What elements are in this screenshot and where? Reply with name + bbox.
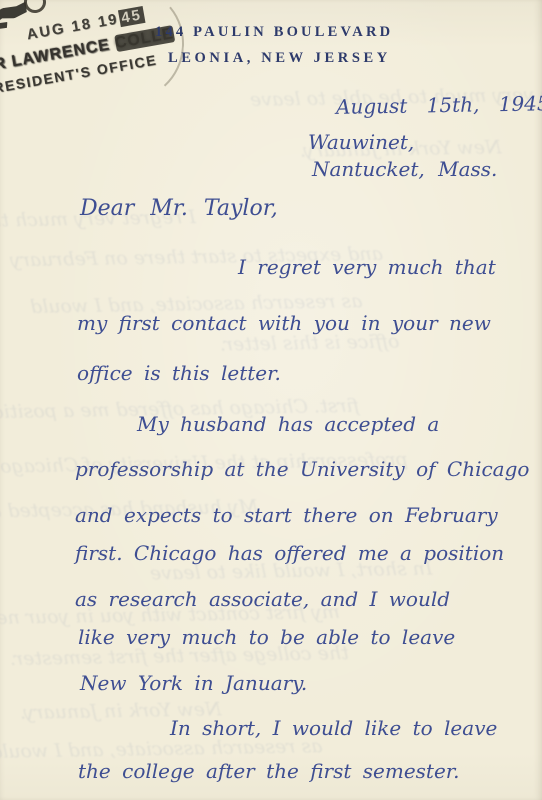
stamp-fragment-ring xyxy=(22,0,48,15)
salutation: Dear Mr. Taylor, xyxy=(80,196,278,221)
body-line: the college after the first semester. xyxy=(78,759,460,783)
stamp-date-boxed-digits: 45 xyxy=(118,6,145,27)
body-line: first. Chicago has offered me a position xyxy=(75,541,504,565)
letter-date: August 15th, 1945. xyxy=(336,91,542,119)
body-line: New York in January. xyxy=(80,671,307,695)
body-line: In short, I would like to leave xyxy=(170,716,497,740)
letterhead-address-line2: LEONIA, NEW JERSEY xyxy=(168,50,393,67)
letterhead: 144 PAULIN BOULEVARD LEONIA, NEW JERSEY xyxy=(155,24,393,67)
body-line: professorship at the University of Chica… xyxy=(75,457,529,481)
letter-place-line1: Wauwinet, xyxy=(308,130,414,154)
letter-place-line2: Nantucket, Mass. xyxy=(312,157,497,181)
body-line: like very much to be able to leave xyxy=(78,625,455,649)
letterhead-address-line1: 144 PAULIN BOULEVARD xyxy=(155,24,393,41)
body-line: office is this letter. xyxy=(77,361,281,385)
body-line: and expects to start there on February xyxy=(75,503,498,527)
body-line: I regret very much that xyxy=(238,255,496,279)
body-line: My husband has accepted a xyxy=(137,412,439,436)
letter-page: like very much to be able to leave New Y… xyxy=(0,0,542,800)
body-line: as research associate, and I would xyxy=(75,587,450,611)
body-line: my first contact with you in your new xyxy=(77,311,491,335)
